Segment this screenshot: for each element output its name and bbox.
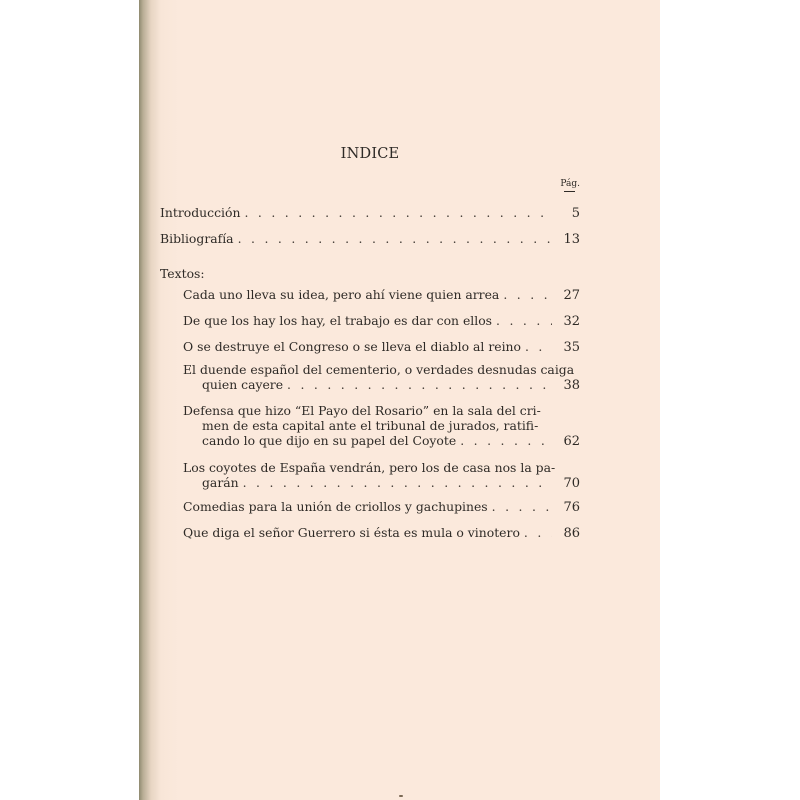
section-label-textos: Textos: [160, 266, 205, 281]
dot-leader: ................................... [492, 313, 552, 328]
entry-label: Bibliografía [160, 231, 234, 246]
book-page: INDICE Pág. Introducción ...............… [139, 0, 660, 800]
toc-entry: Cada uno lleva su idea, pero ahí viene q… [183, 287, 580, 303]
entry-page-number: 70 [552, 476, 580, 491]
entry-page-number: 27 [552, 288, 580, 303]
entry-label-line: quien cayere [202, 377, 283, 392]
toc-entry: El duende español del cementerio, o verd… [183, 362, 580, 393]
dot-leader: ................................... [521, 339, 552, 354]
entry-label-line: cando lo que dijo en su papel del Coyote [202, 433, 456, 448]
entry-page-number: 32 [552, 314, 580, 329]
entry-page-number: 62 [552, 434, 580, 449]
entry-label-line: men de esta capital ante el tribunal de … [183, 418, 580, 433]
entry-page-number: 5 [552, 206, 580, 221]
page-column-label: Pág. [560, 179, 580, 189]
paper-speck [399, 795, 403, 797]
entry-label: Comedias para la unión de criollos y gac… [183, 499, 488, 514]
entry-page-number: 35 [552, 340, 580, 355]
entry-label: Cada uno lleva su idea, pero ahí viene q… [183, 287, 499, 302]
entry-page-number: 13 [552, 232, 580, 247]
entry-page-number: 76 [552, 500, 580, 515]
dot-leader: ................................... [520, 525, 552, 540]
dot-leader: ................................... [283, 377, 552, 392]
toc-entry: O se destruye el Congreso o se lleva el … [183, 339, 580, 355]
page-title: INDICE [160, 146, 580, 162]
toc-entry-introduccion: Introducción ...........................… [160, 205, 580, 221]
entry-label-line: Los coyotes de España vendrán, pero los … [183, 460, 580, 475]
toc-entry: Que diga el señor Guerrero si ésta es mu… [183, 525, 580, 541]
entry-page-number: 86 [552, 526, 580, 541]
toc-entry: Defensa que hizo “El Payo del Rosario” e… [183, 403, 580, 449]
dot-leader: ................................... [499, 287, 552, 302]
toc-entry: De que los hay los hay, el trabajo es da… [183, 313, 580, 329]
toc-entry: Los coyotes de España vendrán, pero los … [183, 460, 580, 491]
toc-entry: Comedias para la unión de criollos y gac… [183, 499, 580, 515]
entry-label: Que diga el señor Guerrero si ésta es mu… [183, 525, 520, 540]
entry-page-number: 38 [552, 378, 580, 393]
dot-leader: ................................... [239, 475, 552, 490]
entry-label-line: El duende español del cementerio, o verd… [183, 362, 580, 377]
entry-label: De que los hay los hay, el trabajo es da… [183, 313, 492, 328]
entry-label: O se destruye el Congreso o se lleva el … [183, 339, 521, 354]
entry-label-line: Defensa que hizo “El Payo del Rosario” e… [183, 403, 580, 418]
dot-leader: ................................... [488, 499, 552, 514]
entry-label: Introducción [160, 205, 240, 220]
entry-label-line: garán [202, 475, 239, 490]
toc-entry-bibliografia: Bibliografía ...........................… [160, 231, 580, 247]
dot-leader: ................................... [456, 433, 552, 448]
dot-leader: ................................... [234, 231, 552, 246]
dot-leader: ................................... [240, 205, 552, 220]
